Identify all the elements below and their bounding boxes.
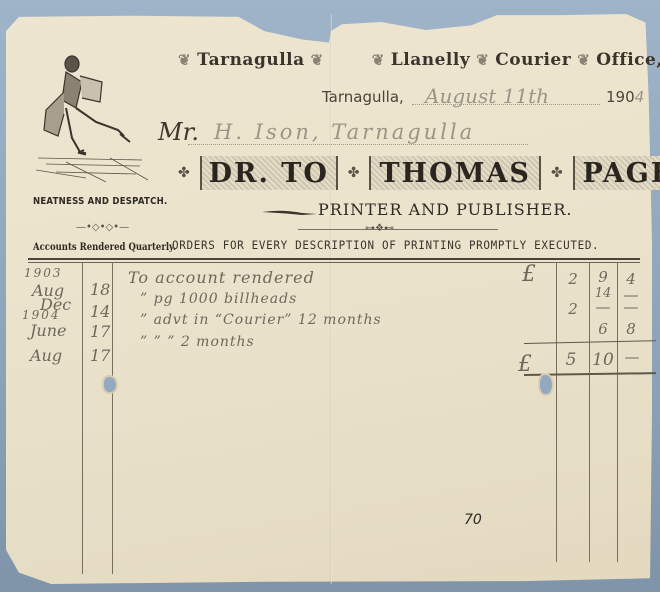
entry-day: 17: [90, 346, 110, 365]
paper-hole: [104, 377, 116, 392]
entry-day: 18: [90, 280, 110, 299]
scroll-ornament-icon: ✤: [348, 165, 360, 181]
amount-shillings: —: [592, 298, 614, 316]
amount-pounds: 2: [563, 300, 583, 318]
place-label: Tarnagulla,: [322, 88, 404, 106]
entry-year: 1904: [22, 308, 61, 322]
ledger-column-rule-date: [82, 262, 83, 574]
amount-pence: 8: [620, 320, 642, 338]
debtor-banner: ✤ DR. TO ✤ THOMAS ✤ PAGE,: [178, 152, 638, 194]
floral-ornament-icon: ❦: [372, 51, 385, 69]
paper-hole: [540, 375, 552, 394]
floral-ornament-icon: ❦: [476, 51, 489, 69]
office-title: ❦Tarnagulla❦❦Llanelly❦Courier❦Office,: [172, 50, 660, 70]
title-word-llanelly: Llanelly: [391, 50, 470, 70]
entry-month: Aug: [30, 346, 62, 365]
entry-month: June: [30, 321, 67, 340]
ledger-column-rule-day: [112, 262, 113, 574]
title-word-office: Office,: [596, 50, 660, 70]
accounts-rendered-note: Accounts Rendered Quarterly.: [33, 242, 176, 253]
entry-description: ” pg 1000 billheads: [140, 291, 297, 307]
newsboy-illustration-icon: [36, 52, 152, 184]
divider-ornament-icon: —•◇•◇•—: [76, 222, 129, 233]
banner-thomas: THOMAS: [369, 156, 540, 190]
date-handwritten: August 11th: [425, 84, 549, 108]
banner-dr-to: DR. TO: [200, 156, 338, 190]
rule-ornament-icon: ⊶❖⊷: [365, 223, 394, 234]
scroll-ornament-icon: ✤: [178, 165, 190, 181]
total-pounds: 5: [560, 350, 582, 370]
year-field: 1904: [606, 88, 644, 106]
title-word-tarnagulla: Tarnagulla: [197, 50, 305, 70]
banner-page: PAGE,: [573, 156, 660, 190]
total-shillings: 10: [590, 350, 616, 370]
entry-description: ” ” ” 2 months: [140, 334, 255, 350]
header-rule-thin: [28, 262, 640, 263]
year-handwritten-digit: 4: [635, 88, 645, 106]
pen-flourish-icon: [262, 210, 317, 216]
pound-sign-icon: £: [522, 262, 536, 287]
ledger-column-rule-shillings: [589, 262, 590, 562]
page-number: 70: [464, 512, 482, 528]
subtitle-rule: [298, 229, 498, 230]
addressee-prefix: Mr.: [158, 118, 199, 146]
entry-description: To account rendered: [128, 268, 315, 287]
scroll-ornament-icon: ✤: [551, 165, 563, 181]
entry-day: 14: [90, 302, 110, 321]
printer-publisher-subtitle: PRINTER AND PUBLISHER.: [318, 200, 572, 219]
entry-year: 1903: [24, 266, 63, 280]
addressee-dotted-rule: [188, 144, 528, 145]
title-word-courier: Courier: [495, 50, 571, 70]
floral-ornament-icon: ❦: [577, 51, 590, 69]
amount-shillings: 6: [592, 320, 614, 338]
floral-ornament-icon: ❦: [178, 51, 191, 69]
floral-ornament-icon: ❦: [311, 51, 324, 69]
total-pence: —: [620, 348, 644, 366]
amount-pounds: 2: [563, 270, 583, 288]
entry-description: ” advt in “Courier” 12 months: [140, 312, 382, 328]
orders-tagline: ORDERS FOR EVERY DESCRIPTION OF PRINTING…: [172, 238, 599, 252]
motto-neatness: NEATNESS AND DESPATCH.: [33, 196, 167, 207]
ledger-column-rule-pence: [617, 262, 618, 562]
header-rule-thick: [28, 258, 640, 260]
amount-shillings: 9: [592, 268, 614, 286]
entry-day: 17: [90, 322, 110, 341]
amount-pence: —: [620, 298, 642, 316]
addressee-name: H. Ison, Tarnagulla: [214, 120, 475, 144]
ledger-column-rule-pounds: [556, 262, 557, 562]
year-printed: 190: [606, 88, 635, 106]
